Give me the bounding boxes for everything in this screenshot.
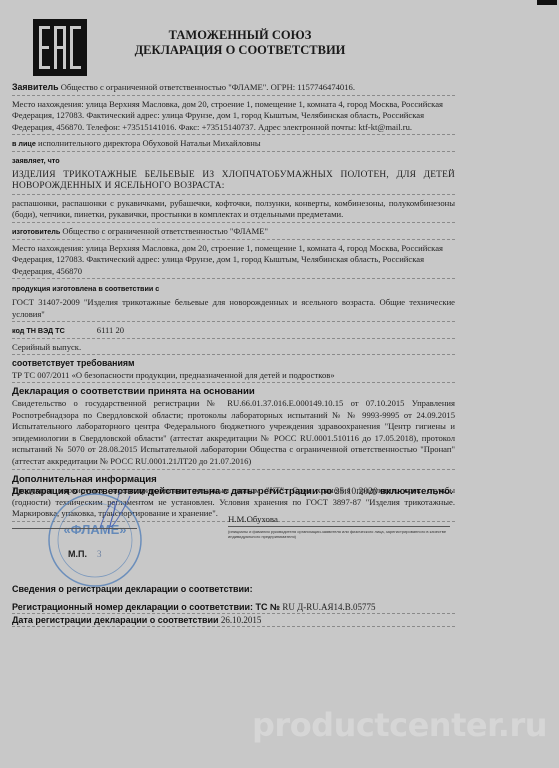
registration-date-row: Дата регистрации декларации о соответств… (12, 615, 455, 627)
declaration-body: Заявитель Общество с ограниченной ответс… (12, 82, 455, 525)
tn-ved-value: 6111 20 (97, 325, 124, 337)
registration-number-label: Регистрационный номер декларации о соотв… (12, 602, 280, 612)
produced-per-value: ГОСТ 31407-2009 "Изделия трикотажные бел… (12, 297, 455, 322)
manufacturer-row: изготовитель Общество с ограниченной отв… (12, 226, 455, 240)
signature-line (12, 528, 137, 529)
complies-label: соответствует требованиям (12, 358, 455, 370)
applicant-value: Общество с ограниченной ответственностью… (61, 82, 355, 92)
registration-date-label: Дата регистрации декларации о соответств… (12, 615, 219, 625)
basis-value: Свидетельство о государственной регистра… (12, 398, 455, 470)
product-list: распашонки, распашонки с рукавичками, ру… (12, 198, 455, 223)
mp-number: 3 (97, 549, 102, 559)
validity-date: 25.10.2020 (335, 486, 378, 497)
represented-row: в лице исполнительного директора Обухово… (12, 138, 455, 152)
complies-value: ТР ТС 007/2011 «О безопасности продукции… (12, 370, 455, 384)
tn-ved-row: код ТН ВЭД ТС 6111 20 (12, 325, 455, 339)
signer-block: Н.М.Обухова (инициалы и фамилия руководи… (228, 514, 450, 539)
represented-value: исполнительного директора Обуховой Натал… (38, 138, 261, 148)
applicant-address: Место нахождения: улица Верхняя Масловка… (12, 99, 455, 136)
additional-label: Дополнительная информация (12, 474, 455, 486)
validity-suffix: включительно. (380, 486, 453, 497)
serial-release: Серийный выпуск. (12, 342, 455, 356)
stamp-place: М.П.3 (68, 549, 101, 559)
registration-title: Сведения о регистрации декларации о соот… (12, 584, 455, 594)
produced-per-label: продукция изготовлена в соответствии с (12, 283, 455, 295)
signer-name: Н.М.Обухова (228, 514, 450, 527)
union-title: ТАМОЖЕННЫЙ СОЮЗ (120, 28, 360, 43)
mp-label: М.П. (68, 549, 87, 559)
company-stamp-icon: «ФЛАМЕ» (40, 488, 160, 588)
signer-note: (инициалы и фамилия руководителя организ… (228, 529, 450, 539)
watermark: productcenter.ru (252, 706, 547, 744)
tn-ved-label: код ТН ВЭД ТС (12, 325, 65, 337)
basis-label: Декларация о соответствии принята на осн… (12, 386, 455, 398)
manufacturer-value: Общество с ограниченной ответственностью… (62, 226, 268, 236)
eac-logo-icon (33, 19, 87, 76)
document-title: ДЕКЛАРАЦИЯ О СООТВЕТСТВИИ (120, 43, 360, 58)
registration-number-row: Регистрационный номер декларации о соотв… (12, 602, 455, 614)
applicant-label: Заявитель (12, 82, 59, 92)
registration-number-value: RU Д-RU.АЯ14.В.05775 (282, 602, 375, 612)
manufacturer-address: Место нахождения: улица Верхняя Масловка… (12, 243, 455, 280)
registration-block: Сведения о регистрации декларации о соот… (12, 584, 455, 628)
manufacturer-label: изготовитель (12, 227, 60, 236)
document-header: ТАМОЖЕННЫЙ СОЮЗ ДЕКЛАРАЦИЯ О СООТВЕТСТВИ… (120, 28, 360, 58)
applicant-row: Заявитель Общество с ограниченной ответс… (12, 82, 455, 96)
registration-date-value: 26.10.2015 (221, 615, 262, 625)
svg-text:«ФЛАМЕ»: «ФЛАМЕ» (63, 522, 126, 537)
declares-label: заявляет, что (12, 155, 455, 167)
product-title: ИЗДЕЛИЯ ТРИКОТАЖНЫЕ БЕЛЬЕВЫЕ ИЗ ХЛОПЧАТО… (12, 170, 455, 195)
represented-label: в лице (12, 139, 36, 148)
corner-mark (537, 0, 557, 5)
